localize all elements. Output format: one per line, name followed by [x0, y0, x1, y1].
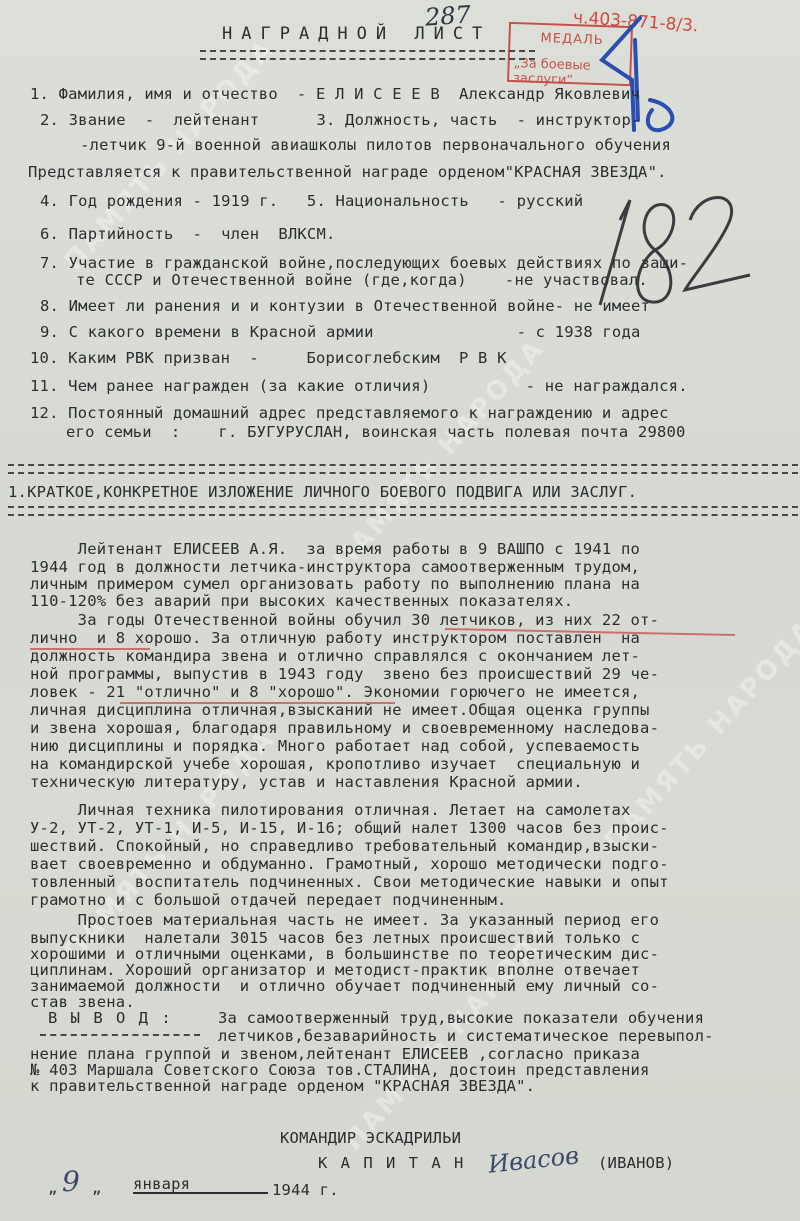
body-line: вает своевременно и обдуманно. Грамотный… [30, 856, 669, 872]
field-row: 11. Чем ранее награжден (за какие отличи… [30, 378, 688, 394]
signer-position: КОМАНДИР ЭСКАДРИЛЬИ [280, 1130, 461, 1146]
field-row: его семьи : г. БУГУРУСЛАН, воинская част… [66, 424, 686, 440]
date-quote: „ [48, 1180, 58, 1196]
conclusion-line: № 403 Маршала Советского Союза тов.СТАЛИ… [30, 1062, 650, 1078]
conclusion-label: В Ы В О Д : [48, 1010, 173, 1026]
body-line: 1944 год в должности летчика-инструктора… [30, 559, 640, 575]
field-row: Представляется к правительственной награ… [28, 164, 667, 180]
conclusion-line: к правительственной награде орденом "КРА… [30, 1078, 535, 1094]
divider [200, 50, 535, 60]
body-line: на командирской учебе хорошая, кропотлив… [30, 756, 640, 772]
body-line: Лейтенант ЕЛИСЕЕВ А.Я. за время работы в… [30, 541, 640, 557]
body-line: шествий. Спокойный, но справедливо требо… [30, 838, 659, 854]
body-line: хорошими и отличными оценками, в большин… [30, 946, 659, 962]
page-title: НАГРАДНОЙ ЛИСТ [222, 24, 491, 44]
divider [40, 1034, 200, 1038]
handwritten-number-icon [590, 180, 760, 310]
field-row: 4. Год рождения - 1919 г. 5. Национально… [40, 193, 583, 209]
body-line: личная дисциплина отличная,взысканий не … [30, 702, 650, 718]
body-line: Личная техника пилотирования отличная. Л… [30, 802, 631, 818]
field-row: 6. Партийность - член ВЛКСМ. [40, 226, 336, 242]
body-line: ной программы, выпустив в 1943 году звен… [30, 666, 659, 682]
handwritten-signature: Ивасов [487, 1141, 581, 1178]
field-row: 7. Участие в гражданской войне,последующ… [40, 255, 688, 271]
field-row: -летчик 9-й военной авиашколы пилотов пе… [80, 137, 671, 153]
conclusion-line: летчиков,безаварийность и систематическо… [218, 1028, 714, 1044]
signer-name: (ИВАНОВ) [598, 1155, 674, 1171]
body-line: 110-120% без аварий при высоких качестве… [30, 593, 573, 609]
date-day: 9 [62, 1165, 80, 1198]
field-row: 2. Звание - лейтенант 3. Должность, част… [40, 112, 641, 128]
field-row: 12. Постоянный домашний адрес представля… [30, 405, 669, 421]
body-line: нию дисциплины и порядка. Много работает… [30, 738, 640, 754]
red-underline [120, 702, 395, 704]
body-line: ловек - 21 "отлично" и 8 "хорошо". Эконо… [30, 684, 640, 700]
body-line: лично и 8 хорошо. За отличную работу инс… [30, 630, 640, 646]
divider [8, 506, 798, 516]
document-page: ПАМЯТЬ НАРОДА ПАМЯТЬ НАРОДА ПАМЯТЬ НАРОД… [0, 0, 800, 1221]
date-quote: „ [92, 1180, 102, 1196]
field-row: те СССР и Отечественной войне (где,когда… [76, 272, 648, 288]
date-month: января [133, 1176, 268, 1194]
body-line: личным примером сумел организовать работ… [30, 576, 640, 592]
body-line: грамотно и с большой отдачей передает по… [30, 892, 507, 908]
body-line: должность командира звена и отлично спра… [30, 648, 640, 664]
divider [8, 464, 798, 474]
body-line: выпускники налетали 3015 часов без летны… [30, 930, 640, 946]
body-line: техническую литературу, устав и наставле… [30, 774, 583, 790]
body-line: товленный воспитатель подчиненных. Свои … [30, 874, 669, 890]
conclusion-line: нение плана группой и звеном,лейтенант Е… [30, 1046, 640, 1062]
body-line: занимаемой должности и отлично обучает п… [30, 978, 659, 994]
body-line: У-2, УТ-2, УТ-1, И-5, И-15, И-16; общий … [30, 820, 669, 836]
body-line: За годы Отечественной войны обучил 30 ле… [30, 612, 659, 628]
date-year: 1944 г. [272, 1182, 339, 1198]
blue-pencil-mark-icon [590, 10, 690, 150]
body-line: став звена. [30, 994, 135, 1010]
field-row: 8. Имеет ли ранения и и контузии в Отече… [40, 298, 650, 314]
conclusion-line: За самоотверженный труд,высокие показате… [218, 1010, 704, 1026]
body-line: Простоев материальная часть не имеет. За… [30, 912, 659, 928]
field-row: 9. С какого времени в Красной армии - с … [40, 324, 641, 340]
field-row: 1. Фамилия, имя и отчество - Е Л И С Е Е… [30, 86, 640, 102]
signer-rank: К А П И Т А Н [318, 1155, 465, 1171]
body-line: и звена хорошая, благодаря правильному и… [30, 720, 659, 736]
body-line: циплинам. Хороший организатор и методист… [30, 962, 640, 978]
field-row: 10. Каким РВК призван - Борисоглебским Р… [30, 350, 507, 366]
red-underline [30, 648, 150, 650]
section-heading: 1.КРАТКОЕ,КОНКРЕТНОЕ ИЗЛОЖЕНИЕ ЛИЧНОГО Б… [8, 484, 637, 500]
